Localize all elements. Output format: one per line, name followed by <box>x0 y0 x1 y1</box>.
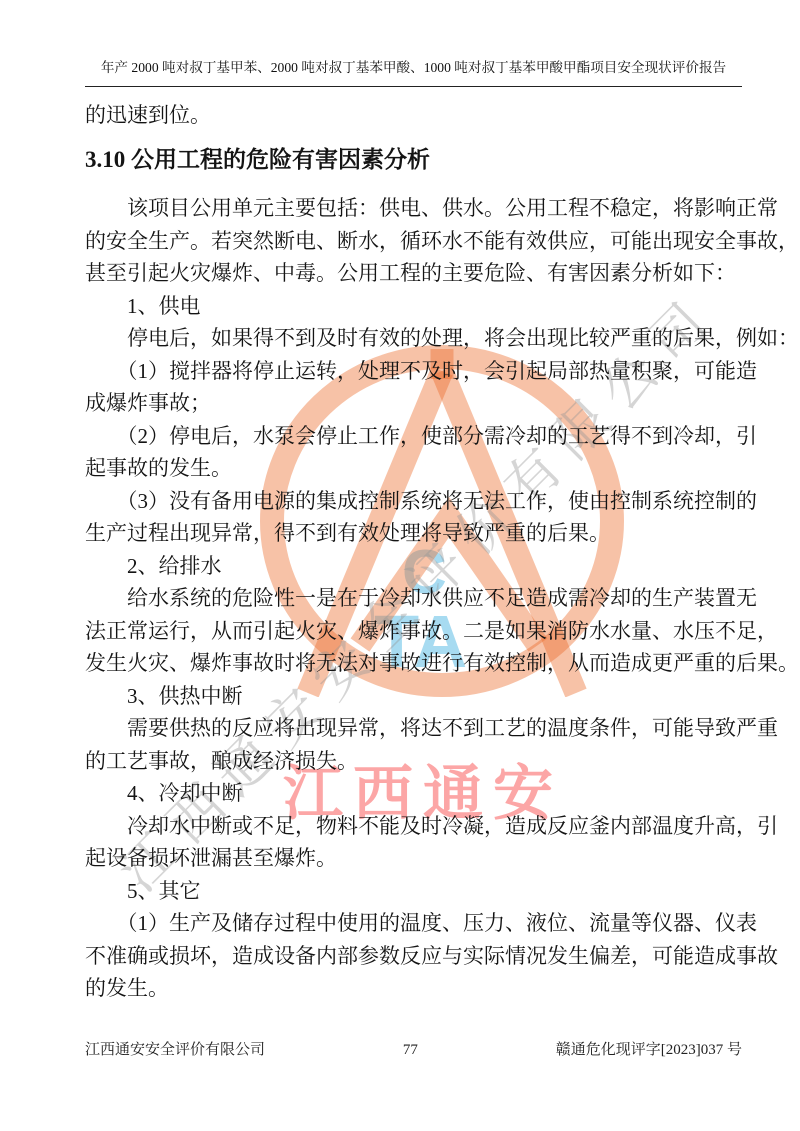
page-content: 年产 2000 吨对叔丁基甲苯、2000 吨对叔丁基苯甲酸、1000 吨对叔丁基… <box>0 0 800 1131</box>
document-page: C TA 江西通安安全评价有限公司 江西通安 年产 2000 吨对叔丁基甲苯、2… <box>0 0 800 1131</box>
body-paragraphs: 该项目公用单元主要包括：供电、供水。公用工程不稳定，将影响正常 的安全生产。若突… <box>85 192 745 1005</box>
page-header-title: 年产 2000 吨对叔丁基甲苯、2000 吨对叔丁基苯甲酸、1000 吨对叔丁基… <box>85 58 742 78</box>
section-heading: 3.10 公用工程的危险有害因素分析 <box>85 145 785 175</box>
footer-company-name: 江西通安安全评价有限公司 <box>85 1038 265 1059</box>
footer-page-number: 77 <box>403 1042 418 1059</box>
footer-doc-number: 赣通危化现评字[2023]037 号 <box>556 1038 742 1059</box>
carryover-paragraph-line: 的迅速到位。 <box>85 101 785 129</box>
header-rule <box>85 86 742 87</box>
page-footer: 江西通安安全评价有限公司 77 赣通危化现评字[2023]037 号 <box>85 1038 742 1059</box>
